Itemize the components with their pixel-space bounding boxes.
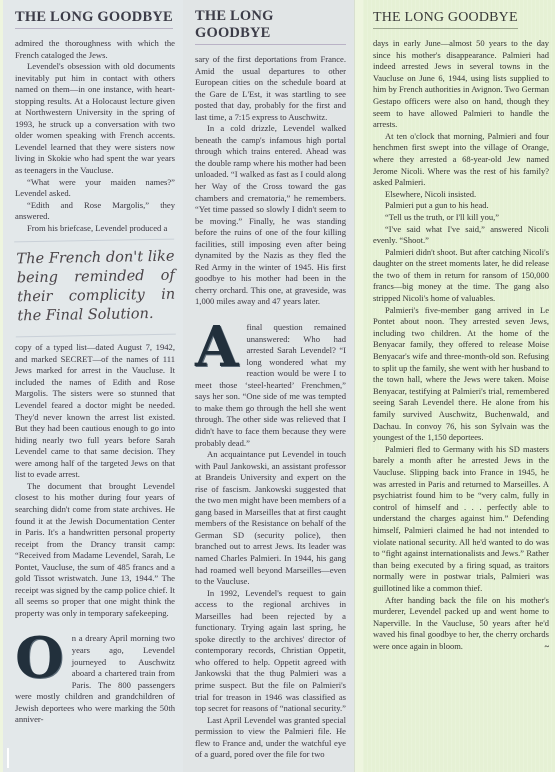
article-body: days in early June—almost 50 years to th… <box>373 38 549 652</box>
scan-artifact <box>7 748 9 768</box>
article-body: sary of the first deportations from Fran… <box>195 54 346 761</box>
paragraph: Levendel's obsession with old documents … <box>15 61 175 176</box>
page-3: THE LONG GOODBYE days in early June—almo… <box>363 0 555 772</box>
paragraph: Last April Levendel was granted special … <box>195 715 346 761</box>
dropcap-letter: O <box>15 635 64 681</box>
end-mark-icon: ~ <box>533 641 549 653</box>
paragraph: From his briefcase, Levendel produced a <box>15 223 175 235</box>
page-header: THE LONG GOODBYE <box>15 9 173 29</box>
paragraph: Palmieri fled to Germany with his SD mas… <box>373 444 549 595</box>
paragraph: “Edith and Rose Margolis,” they answered… <box>15 200 175 223</box>
paragraph: Palmieri's five-member gang arrived in L… <box>373 305 549 444</box>
article-body: admired the thoroughness with which the … <box>15 38 175 726</box>
paragraph: days in early June—almost 50 years to th… <box>373 38 549 131</box>
page-2: THE LONG GOODBYE sary of the first depor… <box>183 0 355 772</box>
dropcap-section: O n a dreary April morning two years ago… <box>15 633 175 725</box>
paragraph: “What were your maiden names?” Levendel … <box>15 177 175 200</box>
dropcap-letter: A <box>195 324 238 370</box>
paragraph: The document that brought Levendel close… <box>15 481 175 620</box>
page-1: THE LONG GOODBYE admired the thoroughnes… <box>0 0 183 772</box>
handwritten-pullquote: The French don't like being reminded of … <box>14 239 176 338</box>
paragraph: admired the thoroughness with which the … <box>15 38 175 61</box>
paragraph-text: After handing back the file on his mothe… <box>373 595 549 651</box>
paragraph: After handing back the file on his mothe… <box>373 595 549 653</box>
paragraph: “Tell us the truth, or I'll kill you,” <box>373 212 549 224</box>
page-header: THE LONG GOODBYE <box>373 10 518 29</box>
paragraph: Elsewhere, Nicoli insisted. <box>373 189 549 201</box>
paragraph: Palmieri didn't shoot. But after catchin… <box>373 247 549 305</box>
dropcap-section: A final question remained unanswered: Wh… <box>195 322 346 449</box>
paragraph: Palmieri put a gun to his head. <box>373 200 549 212</box>
paragraph: “I've said what I've said,” answered Nic… <box>373 224 549 247</box>
paragraph: An acquaintance put Levendel in touch wi… <box>195 449 346 588</box>
paragraph: copy of a typed list—dated August 7, 194… <box>15 342 175 481</box>
paragraph: sary of the first deportations from Fran… <box>195 54 346 123</box>
paragraph: In a cold drizzle, Levendel walked benea… <box>195 123 346 308</box>
page-header: THE LONG GOODBYE <box>195 8 346 45</box>
paragraph: In 1992, Levendel's request to gain acce… <box>195 588 346 715</box>
paragraph: At ten o'clock that morning, Palmieri an… <box>373 131 549 189</box>
